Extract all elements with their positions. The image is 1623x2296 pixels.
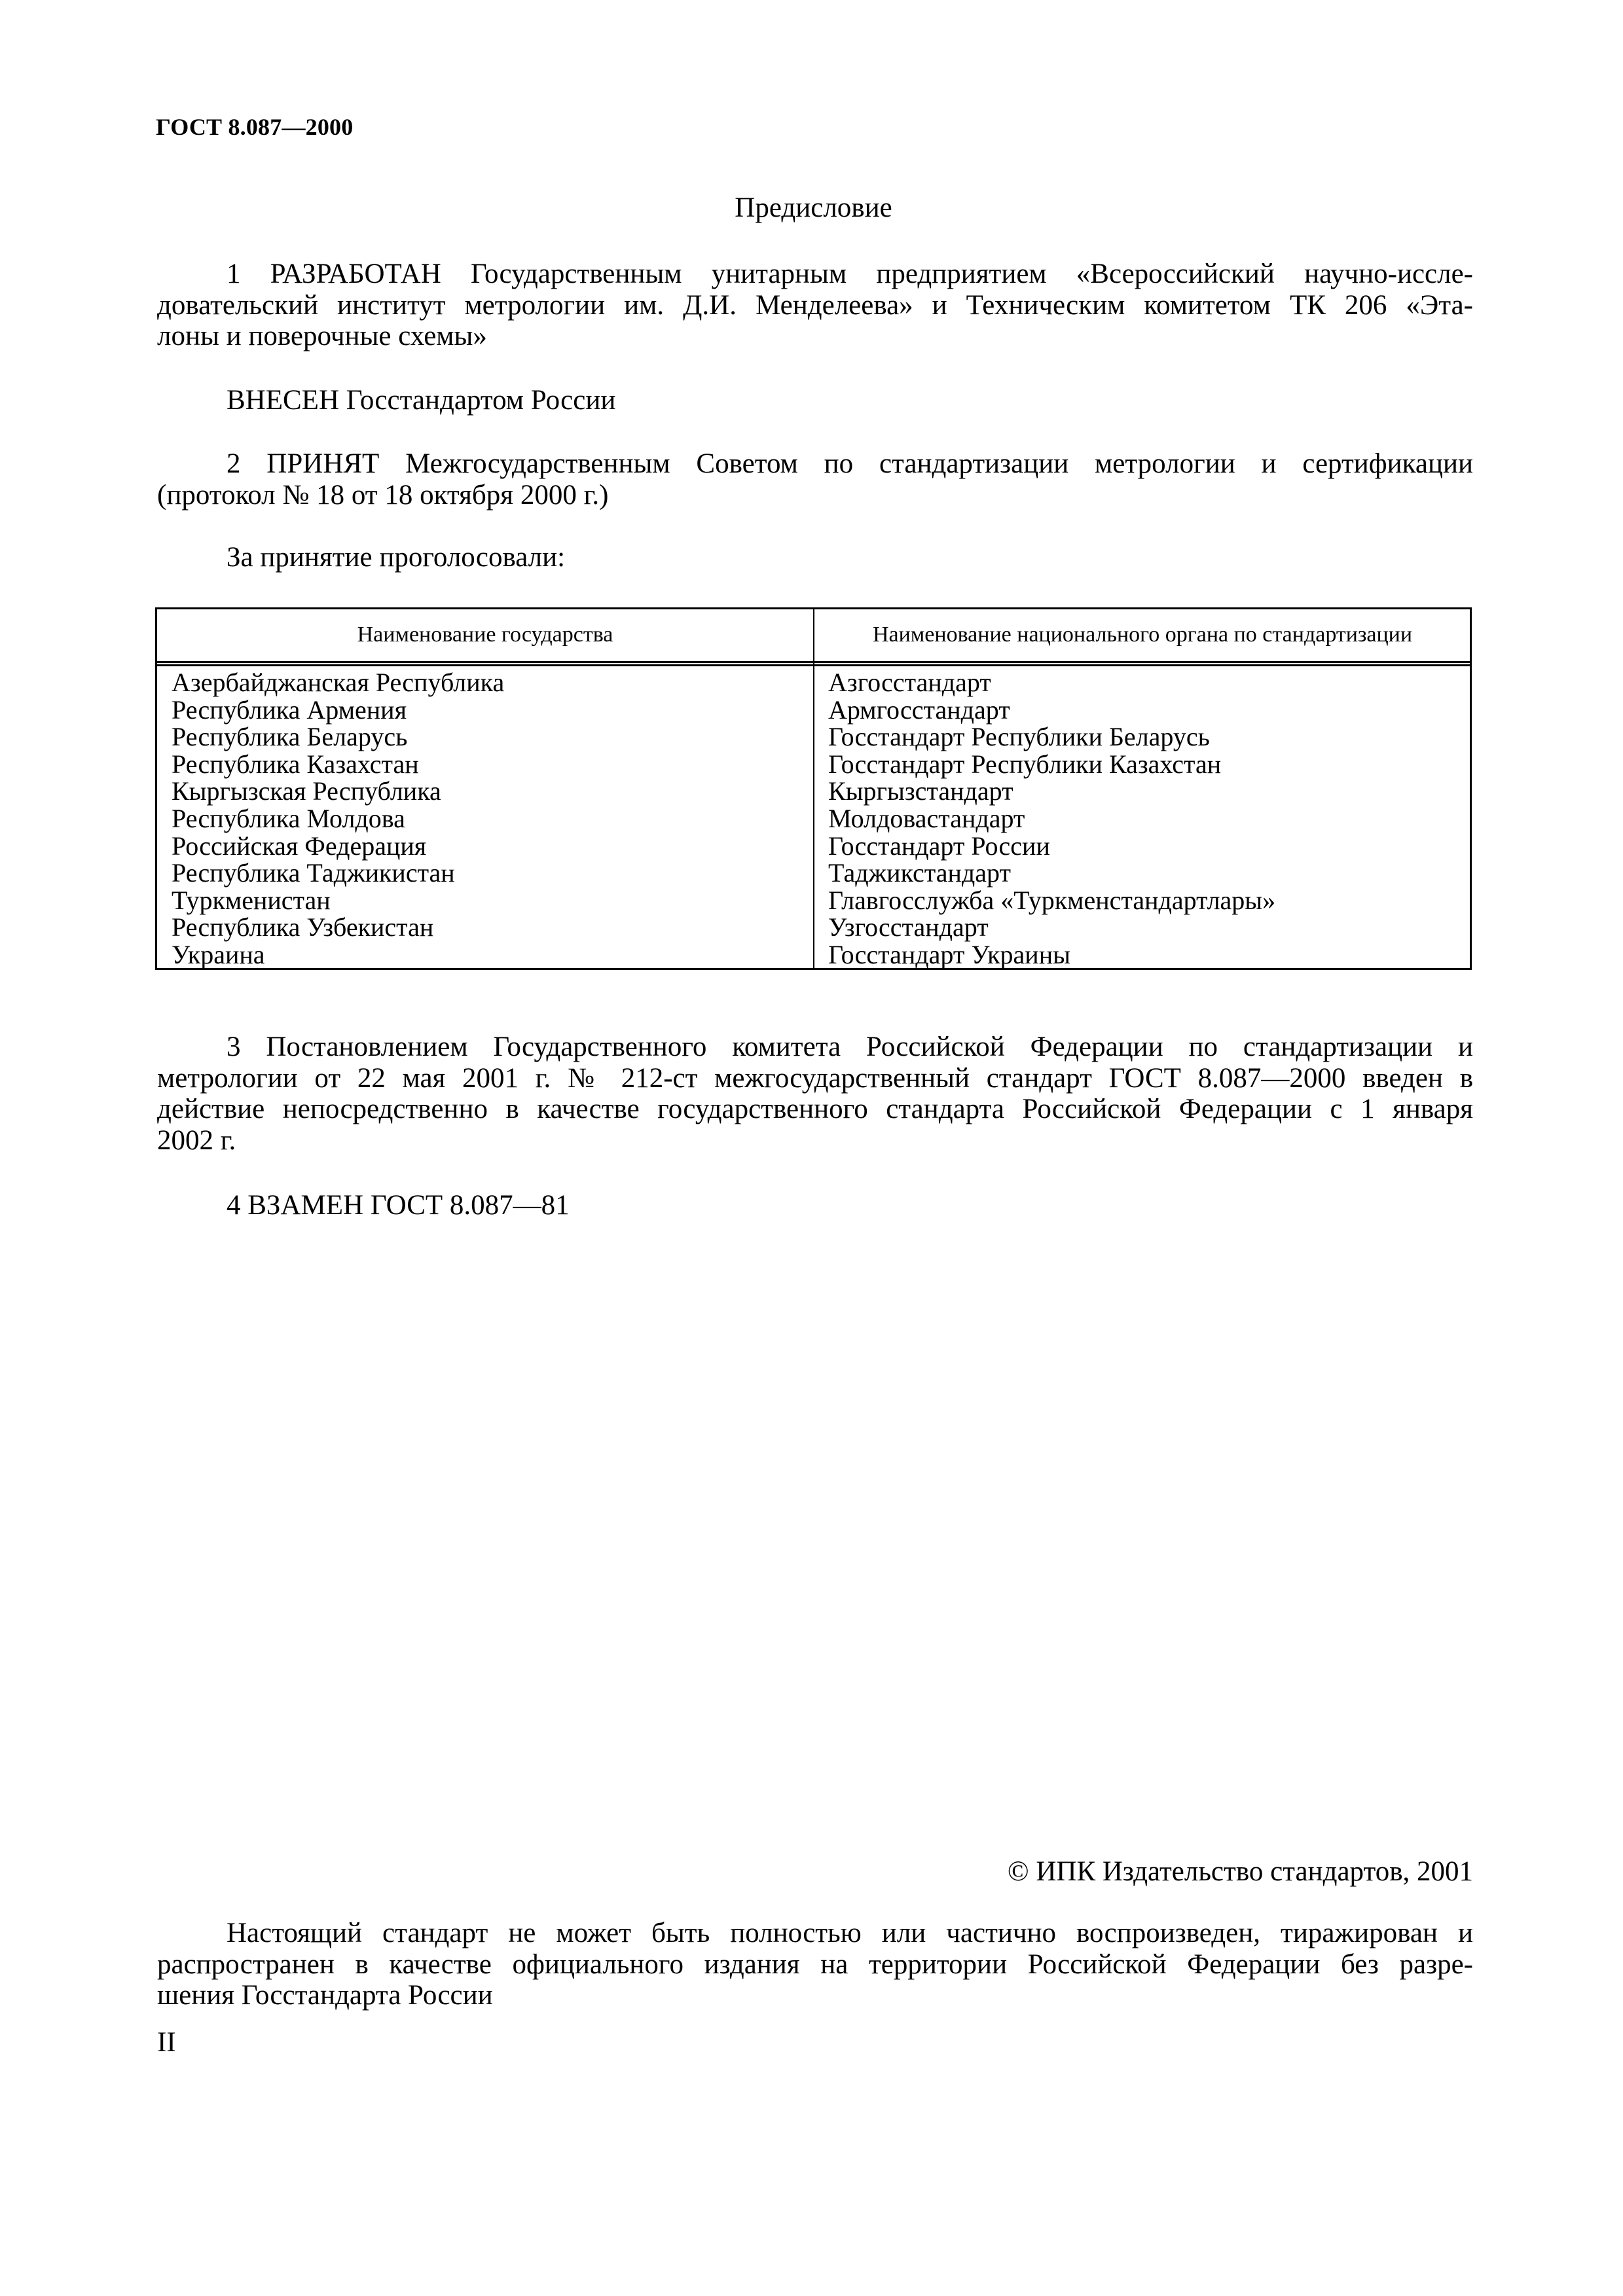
preface-item-3-line: действие непосредственно в качестве госу… [157, 1094, 1473, 1125]
table-header-state: Наименование государства [157, 622, 813, 648]
document-code: ГОСТ 8.087—2000 [156, 111, 353, 143]
preface-item-1-line: 1 РАЗРАБОТАН Государственным унитарным п… [157, 259, 1473, 290]
table-cell-national-body: Госстандарт Республики Казахстан [828, 751, 1275, 778]
preface-item-1-line: довательский институт метрологии им. Д.И… [157, 290, 1473, 321]
preface-item-4: 4 ВЗАМЕН ГОСТ 8.087—81 [157, 1190, 1473, 1221]
table-cell-state: Республика Армения [172, 696, 504, 724]
table-cell-state: Республика Таджикистан [172, 859, 504, 887]
table-column-states: Азербайджанская Республика Республика Ар… [172, 669, 504, 969]
table-cell-state: Республика Молдова [172, 805, 504, 833]
reproduction-notice-line: шения Госстандарта России [157, 1980, 1473, 2011]
table-cell-state: Российская Федерация [172, 833, 504, 860]
table-cell-national-body: Главгосслужба «Туркменстандартлары» [828, 887, 1275, 914]
preface-item-1-line: лоны и поверочные схемы» [157, 321, 1473, 352]
table-cell-state: Республика Беларусь [172, 723, 504, 751]
preface-item-3-line: 3 Постановлением Государственного комите… [157, 1031, 1473, 1063]
preface-item-2-line: 2 ПРИНЯТ Межгосударственным Советом по с… [157, 448, 1473, 480]
preface-item-2-line: (протокол № 18 от 18 октября 2000 г.) [157, 480, 1473, 511]
preface-item-3: 3 Постановлением Государственного комите… [157, 1031, 1473, 1156]
table-cell-national-body: Азгосстандарт [828, 669, 1275, 696]
table-cell-national-body: Таджикстандарт [828, 859, 1275, 887]
table-cell-state: Туркменистан [172, 887, 504, 914]
table-cell-state: Азербайджанская Республика [172, 669, 504, 696]
table-cell-state: Кыргызская Республика [172, 778, 504, 805]
table-header-national-body: Наименование национального органа по ста… [814, 622, 1470, 648]
table-cell-national-body: Госстандарт России [828, 833, 1275, 860]
preface-item-2: 2 ПРИНЯТ Межгосударственным Советом по с… [157, 448, 1473, 511]
table-header-rule [155, 661, 1472, 663]
reproduction-notice-line: Настоящий стандарт не может быть полност… [157, 1918, 1473, 1949]
table-header-rule [155, 664, 1472, 666]
table-cell-national-body: Армгосстандарт [828, 696, 1275, 724]
preface-voted-intro: За принятие проголосовали: [157, 542, 1473, 573]
table-cell-national-body: Кыргызстандарт [828, 778, 1275, 805]
page-number: II [157, 2027, 176, 2058]
table-cell-state: Республика Казахстан [172, 751, 504, 778]
voted-intro-text: За принятие проголосовали: [157, 542, 1473, 573]
reproduction-notice-line: распространен в качестве официального из… [157, 1949, 1473, 1981]
table-column-national-bodies: Азгосстандарт Армгосстандарт Госстандарт… [828, 669, 1275, 969]
table-cell-national-body: Узгосстандарт [828, 914, 1275, 941]
preface-introduced-text: ВНЕСЕН Госстандартом России [157, 385, 1473, 416]
preface-item-3-line: 2002 г. [157, 1125, 1473, 1157]
section-title: Предисловие [155, 192, 1472, 224]
reproduction-notice: Настоящий стандарт не может быть полност… [157, 1918, 1473, 2011]
table-cell-national-body: Госстандарт Украины [828, 941, 1275, 969]
copyright-notice: © ИПК Издательство стандартов, 2001 [1008, 1856, 1473, 1888]
table-cell-state: Украина [172, 941, 504, 969]
table-cell-national-body: Молдовастандарт [828, 805, 1275, 833]
preface-introduced: ВНЕСЕН Госстандартом России [157, 385, 1473, 416]
preface-item-3-line: метрологии от 22 мая 2001 г. № 212-ст ме… [157, 1063, 1473, 1094]
table-cell-state: Республика Узбекистан [172, 914, 504, 941]
preface-item-4-text: 4 ВЗАМЕН ГОСТ 8.087—81 [157, 1190, 1473, 1221]
table-cell-national-body: Госстандарт Республики Беларусь [828, 723, 1275, 751]
preface-item-1: 1 РАЗРАБОТАН Государственным унитарным п… [157, 259, 1473, 352]
